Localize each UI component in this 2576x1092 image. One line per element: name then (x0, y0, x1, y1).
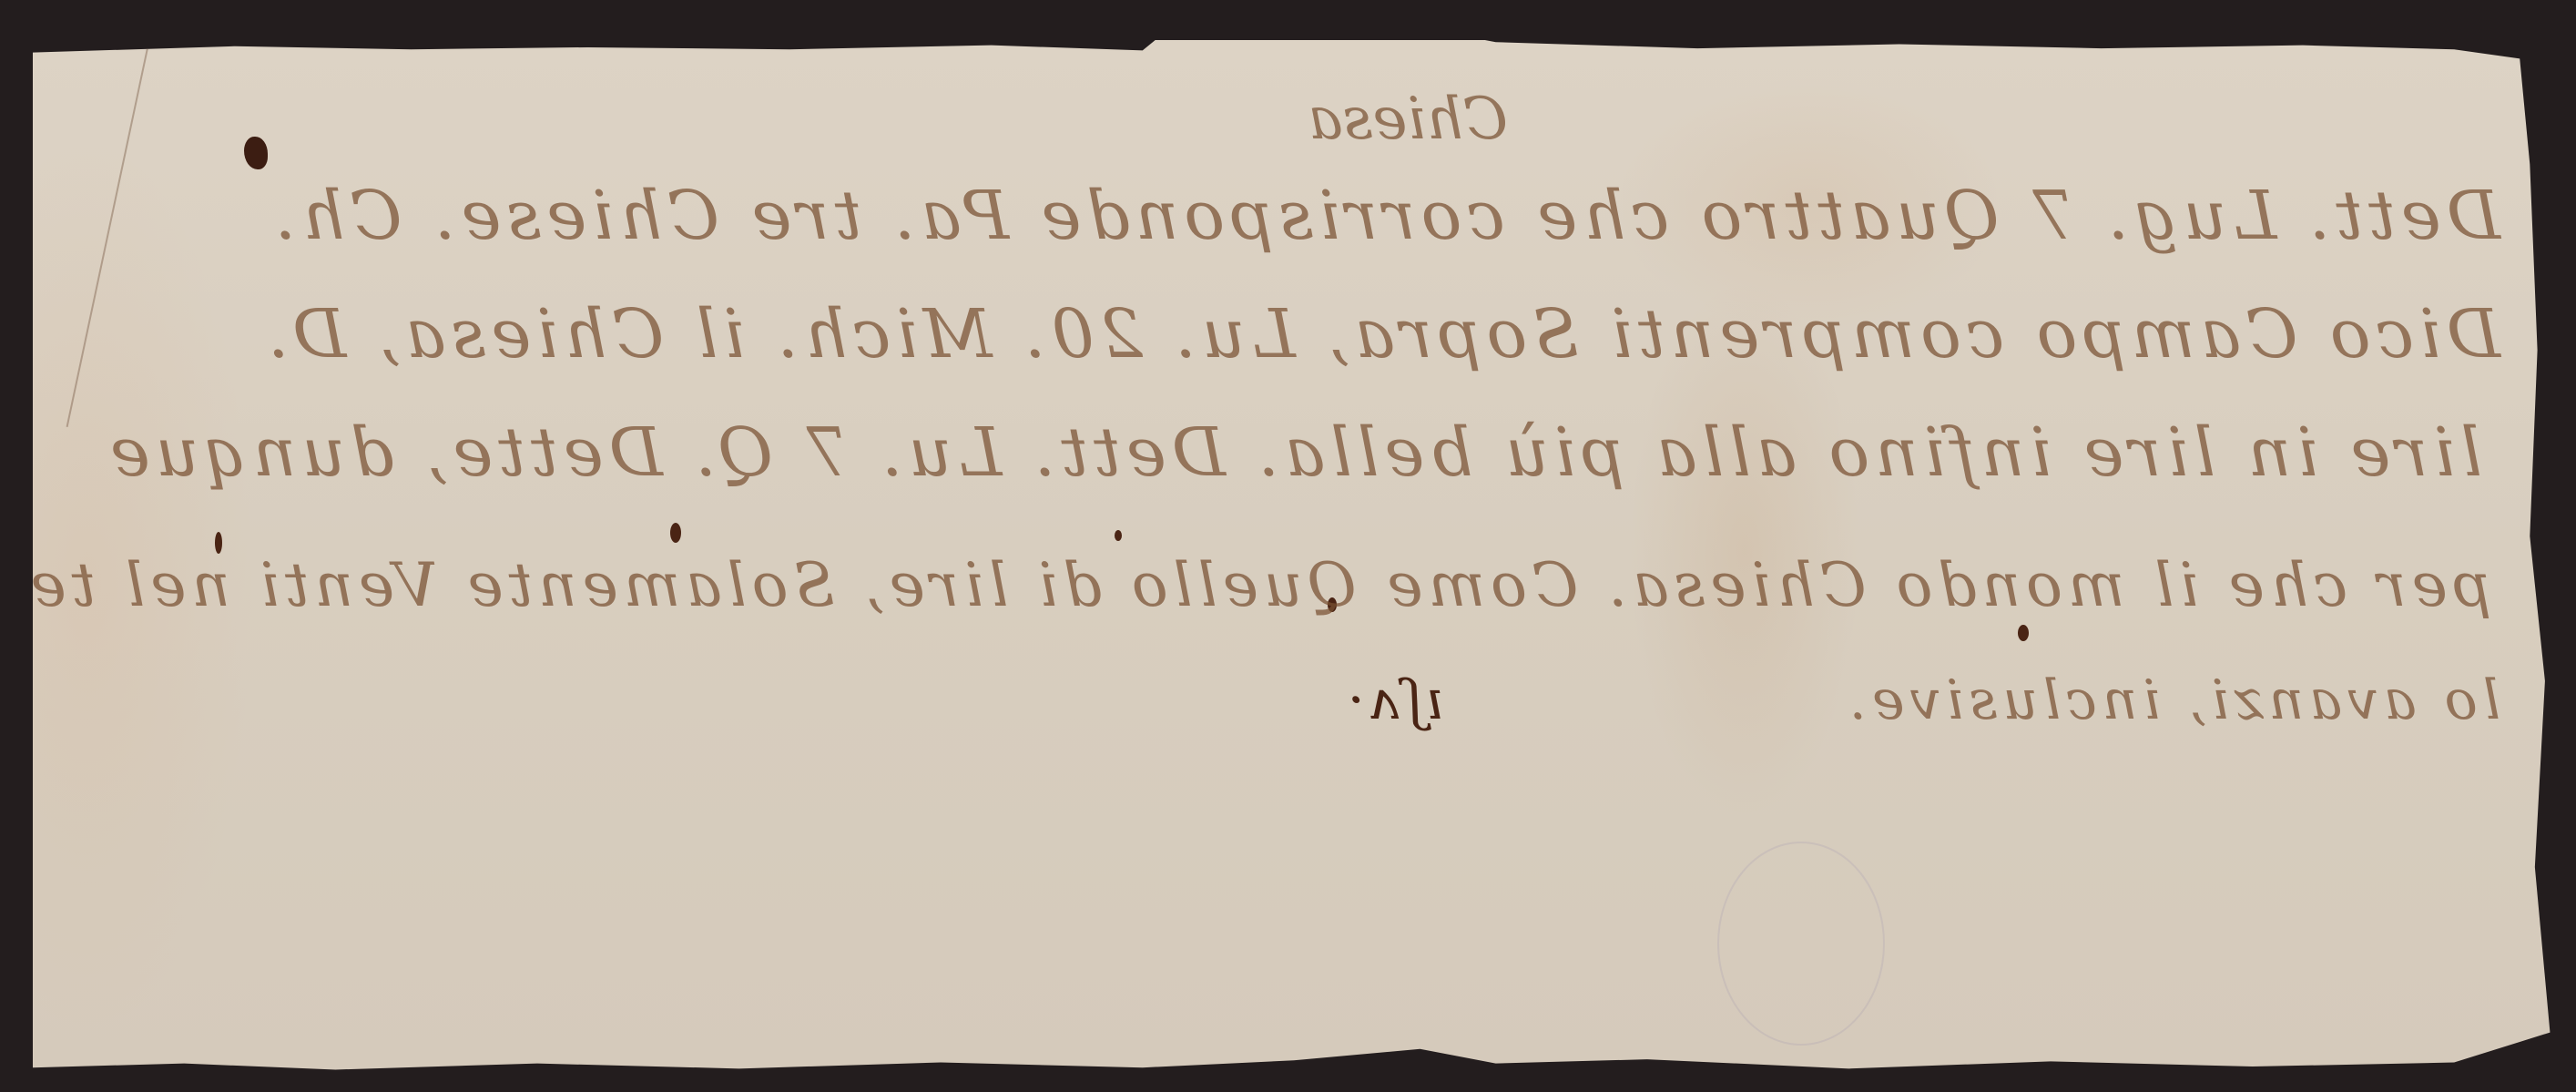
paper-sheet: Chiesa Dett. Lug. 7 Quattro che corrispo… (33, 40, 2555, 1074)
handwritten-line-2: Dico Campo comprenti Sopra, Lu. 20. Mich… (262, 295, 2500, 373)
handwritten-line-5: lo avanzi, inclusive. (1844, 668, 2500, 732)
handwritten-line-3: lire in lire infino alla più bella. Dett… (105, 413, 2482, 492)
handwritten-line-1: Dett. Lug. 7 Quattro che corrisponde Pa.… (270, 177, 2500, 255)
heading-text: Chiesa (1308, 86, 1508, 153)
handwritten-line-4: per che il mondo Chiesa. Come Quello di … (0, 550, 2491, 620)
mirrored-handwriting: Chiesa Dett. Lug. 7 Quattro che corrispo… (33, 40, 2555, 1074)
ink-fragment: ıʃʌ· (1342, 668, 1444, 732)
